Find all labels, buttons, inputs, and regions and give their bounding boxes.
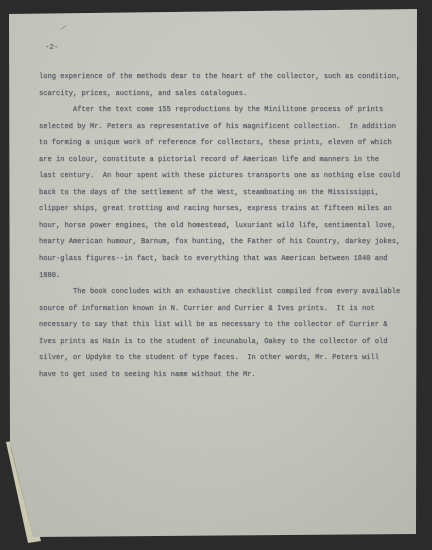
text-line: hour-glass figures--in fact, back to eve… — [39, 251, 411, 268]
text-line: to forming a unique work of reference fo… — [39, 135, 411, 152]
typewritten-page: -2- long experience of the methods dear … — [0, 0, 432, 550]
text-line: scarcity, prices, auctions, and sales ca… — [39, 86, 411, 103]
text-line: The book concludes with an exhaustive ch… — [39, 284, 411, 301]
pencil-mark — [60, 25, 66, 30]
scanned-document-scene: -2- long experience of the methods dear … — [0, 0, 432, 550]
text-line: source of information known in N. Currie… — [39, 301, 411, 318]
text-line: Ives prints as Hain is to the student of… — [39, 334, 411, 351]
text-line: have to get used to seeing his name with… — [39, 367, 411, 384]
text-line: last century. An hour spent with these p… — [39, 168, 411, 185]
text-line: necessary to say that this list will be … — [39, 317, 411, 334]
text-line: After the text come 155 reproductions by… — [39, 102, 411, 119]
typed-text-body: long experience of the methods dear to t… — [39, 69, 411, 383]
text-line: selected by Mr. Peters as representative… — [39, 119, 411, 136]
text-line: silver, or Updyke to the student of type… — [39, 350, 411, 367]
page-number: -2- — [45, 44, 59, 52]
text-line: hearty American humour, Barnum, fox hunt… — [39, 234, 411, 251]
text-line: long experience of the methods dear to t… — [39, 69, 411, 86]
text-line: hour, horse power engines, the old homes… — [39, 218, 411, 235]
text-line: are in colour, constitute a pictorial re… — [39, 152, 411, 169]
text-line: clipper ships, great trotting and racing… — [39, 201, 411, 218]
text-line: 1880. — [39, 268, 411, 285]
text-line: back to the days of the settlement of th… — [39, 185, 411, 202]
